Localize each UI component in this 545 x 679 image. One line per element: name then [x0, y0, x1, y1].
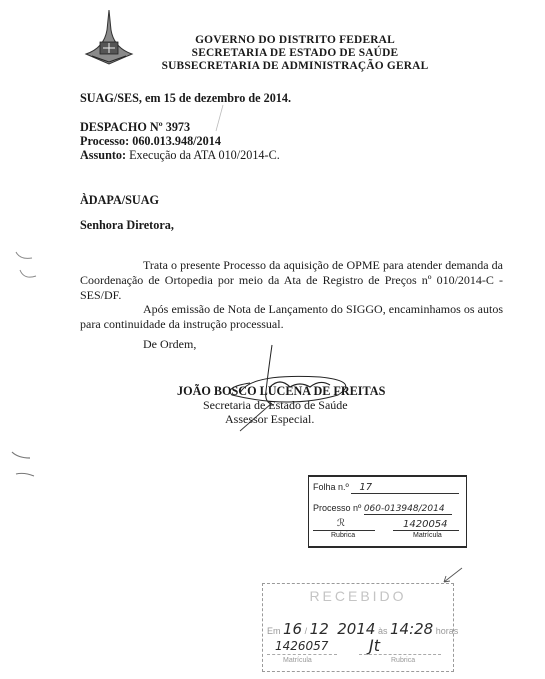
paragraph-1: Trata o presente Processo da aquisição d…: [80, 258, 503, 303]
assunto-value: Execução da ATA 010/2014-C.: [129, 148, 280, 162]
folha-stamp: Folha n.º 17 Processo nº 060-013948/2014…: [308, 475, 467, 548]
recebido-matricula-value: 1426057: [275, 639, 328, 653]
em-label: Em: [267, 626, 281, 636]
signatory-title: Assessor Especial.: [225, 412, 314, 427]
margin-punch-marks-lower: [8, 448, 38, 488]
processo-stamp-value: 060-013948/2014: [364, 504, 452, 515]
pen-stroke-mark: [213, 103, 225, 133]
folha-row: Folha n.º 17: [313, 482, 461, 494]
recebido-rubrica-line: [359, 654, 441, 655]
processo-line: Processo: 060.013.948/2014: [80, 134, 221, 149]
header-secretariat: SECRETARIA DE ESTADO DE SAÚDE: [130, 47, 460, 60]
processo-label: Processo:: [80, 134, 129, 148]
time-value: 14:28: [390, 620, 433, 638]
processo-stamp-label: Processo nº: [313, 503, 361, 513]
folha-label: Folha n.º: [313, 482, 349, 492]
margin-punch-marks: [10, 248, 40, 288]
recebido-date-row: Em 16 / 12 2014 às 14:28 horas: [267, 620, 458, 638]
rubrica-line: [313, 530, 375, 531]
assunto-line: Assunto: Execução da ATA 010/2014-C.: [80, 148, 280, 163]
rubrica-label: Rubrica: [331, 532, 355, 539]
recipient: ÀDAPA/SUAG: [80, 193, 159, 208]
recebido-rubrica-initials: Jt: [369, 636, 380, 655]
despacho-number: DESPACHO Nº 3973: [80, 120, 190, 135]
recebido-stamp: RECEBIDO Em 16 / 12 2014 às 14:28 horas …: [262, 583, 454, 672]
month-value: 12: [310, 620, 329, 638]
rubrica-initials: ℛ: [337, 518, 345, 529]
dateline: SUAG/SES, em 15 de dezembro de 2014.: [80, 91, 291, 106]
day-value: 16: [283, 620, 302, 638]
matricula-label: Matrícula: [413, 532, 442, 539]
recebido-rubrica-label: Rubrica: [391, 657, 415, 664]
assunto-label: Assunto:: [80, 148, 126, 162]
brasilia-coat-of-arms-icon: [84, 8, 134, 66]
processo-stamp-row: Processo nº 060-013948/2014: [313, 503, 463, 515]
header-subsecretariat: SUBSECRETARIA DE ADMINISTRAÇÃO GERAL: [130, 60, 460, 73]
paragraph-2: Após emissão de Nota de Lançamento do SI…: [80, 302, 503, 332]
recebido-matricula-label: Matrícula: [283, 657, 312, 664]
horas-label: horas: [436, 626, 459, 636]
header-government: GOVERNO DO DISTRITO FEDERAL: [130, 34, 460, 47]
recebido-title: RECEBIDO: [263, 588, 453, 604]
matricula-line: [393, 530, 459, 531]
signatory-name: JOÃO BOSCO LUCENA DE FREITAS: [177, 384, 385, 399]
closing: De Ordem,: [143, 337, 196, 352]
folha-value: 17: [351, 482, 459, 494]
recebido-matricula-line: [267, 654, 337, 655]
as-label: às: [378, 626, 388, 636]
signatory-department: Secretaria de Estado de Saúde: [203, 398, 348, 413]
matricula-value: 1420054: [403, 519, 448, 530]
processo-value: 060.013.948/2014: [132, 134, 221, 148]
salutation: Senhora Diretora,: [80, 218, 174, 233]
